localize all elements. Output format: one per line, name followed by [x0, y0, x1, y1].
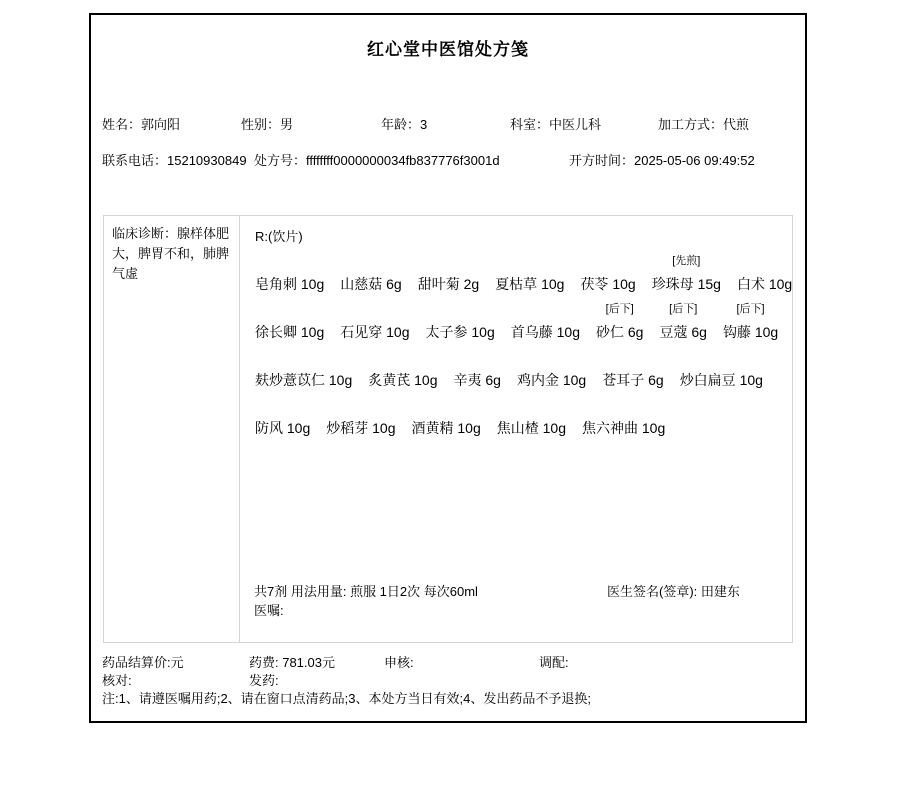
herb-name-qty: 山慈菇 6g: [340, 272, 401, 296]
patient-dept-value: 中医儿科: [549, 117, 601, 132]
herb-name-qty: 皂角刺 10g: [255, 272, 324, 296]
prescription-number-label: 处方号：: [254, 153, 306, 168]
herb-process-note: [426, 298, 495, 320]
herb-process-note: [340, 250, 401, 272]
dispense-label: 调配:: [539, 652, 569, 671]
herb-name-qty: 辛夷 6g: [454, 368, 501, 392]
herb-process-note: [582, 394, 665, 416]
herb-item: 白术 10g: [737, 250, 792, 296]
herb-process-note: [517, 346, 586, 368]
herb-name-qty: 焦六神曲 10g: [582, 416, 665, 440]
herb-name-qty: 钩藤 10g: [723, 320, 778, 344]
herb-name-qty: 白术 10g: [737, 272, 792, 296]
herb-process-note: [602, 346, 663, 368]
herb-process-note: [412, 394, 481, 416]
review-label: 申核:: [384, 652, 414, 671]
patient-info-row-1: 姓名：郭向阳 性别：男 年龄：3 科室：中医儿科 加工方式：代煎: [91, 114, 805, 132]
herb-process-note: [255, 250, 324, 272]
herb-item: 徐长卿 10g: [255, 298, 324, 344]
patient-name-label: 姓名：: [102, 117, 141, 132]
prescription-number-field: 处方号：ffffffff0000000034fb837776f3001d: [254, 150, 500, 169]
herb-item: 苍耳子 6g: [602, 346, 663, 392]
clinical-diagnosis: 临床诊断：腺样体肥大，脾胃不和，肺脾气虚: [104, 216, 240, 642]
herb-item: 石见穿 10g: [340, 298, 409, 344]
herb-item: 炒稻芽 10g: [326, 394, 395, 440]
herb-name-qty: 鸡内金 10g: [517, 368, 586, 392]
herb-name-qty: 珍珠母 15g: [652, 272, 721, 296]
herb-item: [后下]钩藤 10g: [723, 298, 778, 344]
processing-method-value: 代煎: [723, 117, 749, 132]
herb-item: 山慈菇 6g: [340, 250, 401, 296]
herb-process-note: [418, 250, 479, 272]
herb-item: 焦六神曲 10g: [582, 394, 665, 440]
herb-list: 皂角刺 10g山慈菇 6g甜叶菊 2g夏枯草 10g茯苓 10g[先煎]珍珠母 …: [255, 250, 782, 442]
herb-item: 防风 10g: [255, 394, 310, 440]
herb-row: 麸炒薏苡仁 10g炙黄芪 10g辛夷 6g鸡内金 10g苍耳子 6g炒白扁豆 1…: [255, 346, 782, 394]
herb-name-qty: 炙黄芪 10g: [368, 368, 437, 392]
herb-item: 夏枯草 10g: [495, 250, 564, 296]
herb-name-qty: 苍耳子 6g: [602, 368, 663, 392]
issue-time-value: 2025-05-06 09:49:52: [634, 153, 755, 168]
processing-method-field: 加工方式：代煎: [658, 114, 749, 133]
prescription-number-value: ffffffff0000000034fb837776f3001d: [306, 153, 500, 168]
issue-medicine-label: 发药:: [249, 670, 279, 689]
herb-process-note: [255, 346, 352, 368]
herb-name-qty: 茯苓 10g: [580, 272, 635, 296]
herb-item: 甜叶菊 2g: [418, 250, 479, 296]
herb-name-qty: 炒白扁豆 10g: [680, 368, 763, 392]
herb-row: 防风 10g炒稻芽 10g酒黄精 10g焦山楂 10g焦六神曲 10g: [255, 394, 782, 442]
patient-age-value: 3: [420, 117, 427, 132]
medical-advice-label: 医嘱:: [254, 600, 284, 619]
patient-gender-value: 男: [280, 117, 293, 132]
herb-name-qty: 徐长卿 10g: [255, 320, 324, 344]
patient-gender-field: 性别：男: [241, 114, 293, 133]
doctor-signature: 医生签名(签章): 田建东: [607, 581, 740, 600]
herb-name-qty: 甜叶菊 2g: [418, 272, 479, 296]
herb-process-note: [先煎]: [652, 250, 721, 272]
herb-process-note: [368, 346, 437, 368]
herb-process-note: [255, 394, 310, 416]
herb-item: 太子参 10g: [426, 298, 495, 344]
herb-name-qty: 石见穿 10g: [340, 320, 409, 344]
issue-time-field: 开方时间：2025-05-06 09:49:52: [569, 150, 755, 169]
herb-row: 皂角刺 10g山慈菇 6g甜叶菊 2g夏枯草 10g茯苓 10g[先煎]珍珠母 …: [255, 250, 782, 298]
herb-name-qty: 炒稻芽 10g: [326, 416, 395, 440]
rx-area: R:(饮片) 皂角刺 10g山慈菇 6g甜叶菊 2g夏枯草 10g茯苓 10g[…: [241, 216, 792, 642]
herb-name-qty: 夏枯草 10g: [495, 272, 564, 296]
phone-value: 15210930849: [167, 153, 247, 168]
prescription-body-box: 临床诊断：腺样体肥大，脾胃不和，肺脾气虚 R:(饮片) 皂角刺 10g山慈菇 6…: [103, 215, 793, 643]
herb-item: [后下]豆蔻 6g: [659, 298, 706, 344]
herb-item: 炒白扁豆 10g: [680, 346, 763, 392]
herb-item: 首乌藤 10g: [511, 298, 580, 344]
herb-process-note: [255, 298, 324, 320]
herb-item: 皂角刺 10g: [255, 250, 324, 296]
herb-item: 麸炒薏苡仁 10g: [255, 346, 352, 392]
herb-name-qty: 麸炒薏苡仁 10g: [255, 368, 352, 392]
herb-item: [先煎]珍珠母 15g: [652, 250, 721, 296]
patient-name-value: 郭向阳: [141, 117, 180, 132]
herb-process-note: [340, 298, 409, 320]
herb-name-qty: 防风 10g: [255, 416, 310, 440]
herb-row: 徐长卿 10g石见穿 10g太子参 10g首乌藤 10g[后下]砂仁 6g[后下…: [255, 298, 782, 346]
herb-process-note: [737, 250, 792, 272]
dosage-usage-line: 共7剂 用法用量: 煎服 1日2次 每次60ml: [254, 581, 478, 600]
herb-item: 焦山楂 10g: [497, 394, 566, 440]
herb-name-qty: 豆蔻 6g: [659, 320, 706, 344]
check-label: 核对:: [102, 670, 132, 689]
herb-process-note: [后下]: [723, 298, 778, 320]
issue-time-label: 开方时间：: [569, 153, 634, 168]
patient-age-label: 年龄：: [381, 117, 420, 132]
herb-item: 酒黄精 10g: [412, 394, 481, 440]
prescription-sheet: 红心堂中医馆处方笺 姓名：郭向阳 性别：男 年龄：3 科室：中医儿科 加工方式：…: [89, 13, 807, 723]
settlement-price-label: 药品结算价:元: [102, 652, 184, 671]
patient-age-field: 年龄：3: [381, 114, 427, 133]
herb-process-note: [511, 298, 580, 320]
herb-process-note: [后下]: [596, 298, 643, 320]
phone-field: 联系电话：15210930849: [102, 150, 247, 169]
rx-header: R:(饮片): [255, 228, 782, 246]
herb-item: 茯苓 10g: [580, 250, 635, 296]
page-title: 红心堂中医馆处方笺: [91, 35, 805, 60]
herb-process-note: [454, 346, 501, 368]
herb-name-qty: 首乌藤 10g: [511, 320, 580, 344]
patient-name-field: 姓名：郭向阳: [102, 114, 180, 133]
processing-method-label: 加工方式：: [658, 117, 723, 132]
diagnosis-label: 临床诊断：: [112, 226, 177, 241]
herb-process-note: [后下]: [659, 298, 706, 320]
herb-process-note: [680, 346, 763, 368]
herb-process-note: [580, 250, 635, 272]
medicine-fee: 药费: 781.03元: [249, 652, 335, 671]
herb-item: [后下]砂仁 6g: [596, 298, 643, 344]
herb-process-note: [495, 250, 564, 272]
patient-gender-label: 性别：: [241, 117, 280, 132]
phone-label: 联系电话：: [102, 153, 167, 168]
footer-note: 注:1、请遵医嘱用药;2、请在窗口点清药品;3、本处方当日有效;4、发出药品不予…: [102, 688, 591, 707]
herb-process-note: [326, 394, 395, 416]
herb-name-qty: 酒黄精 10g: [412, 416, 481, 440]
herb-process-note: [497, 394, 566, 416]
patient-dept-label: 科室：: [510, 117, 549, 132]
herb-name-qty: 焦山楂 10g: [497, 416, 566, 440]
herb-item: 辛夷 6g: [454, 346, 501, 392]
patient-info-row-2: 联系电话：15210930849 处方号：ffffffff0000000034f…: [91, 150, 805, 168]
herb-item: 鸡内金 10g: [517, 346, 586, 392]
patient-dept-field: 科室：中医儿科: [510, 114, 601, 133]
herb-name-qty: 太子参 10g: [426, 320, 495, 344]
herb-name-qty: 砂仁 6g: [596, 320, 643, 344]
herb-item: 炙黄芪 10g: [368, 346, 437, 392]
